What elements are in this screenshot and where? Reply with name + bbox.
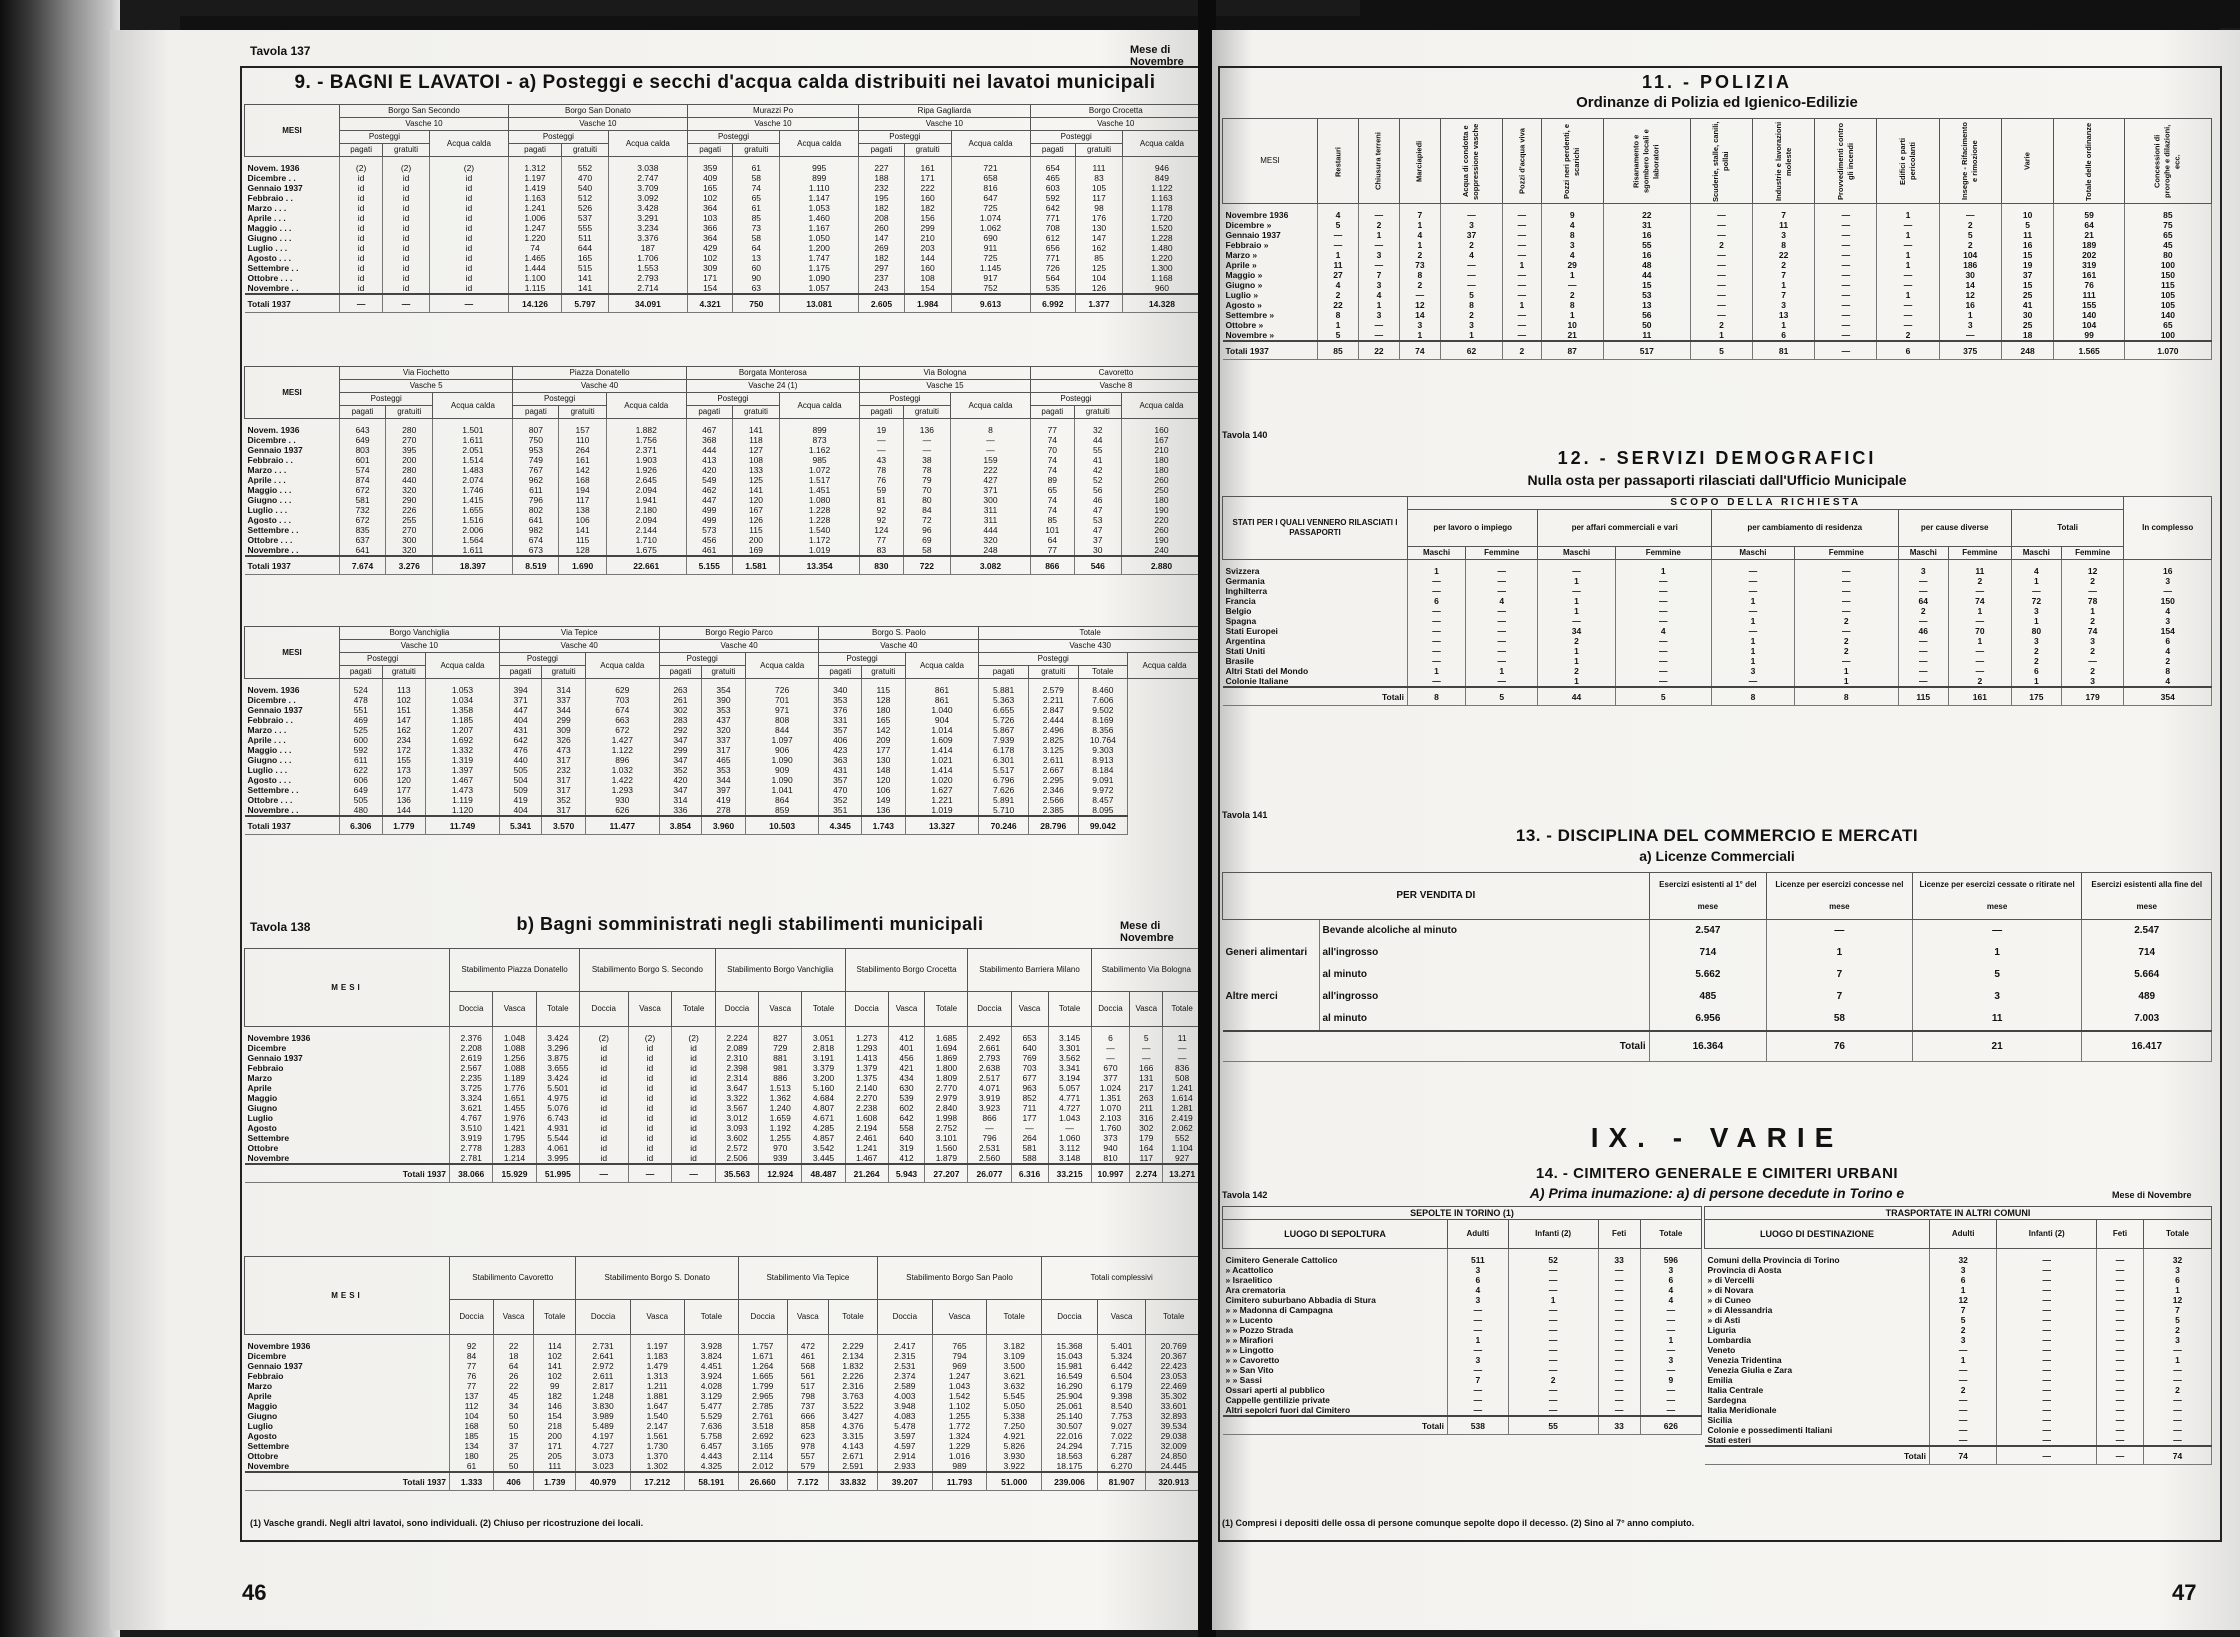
value-cell: — <box>1503 310 1542 320</box>
acqua-cell: 220 <box>1121 515 1201 525</box>
value-cell: — <box>2143 1375 2211 1385</box>
value-cell: — <box>1448 1405 1509 1416</box>
month-label: Novembre » <box>1223 330 1318 341</box>
doccia-cell: 3.518 <box>738 1421 787 1431</box>
posteggi-header: Posteggi <box>513 393 606 406</box>
table-row: Settembre . .ididid1.4445151.553309601.1… <box>245 263 1202 273</box>
table-row: Venezia Tridentina1——1 <box>1705 1355 2212 1365</box>
vasca-cell: 472 <box>787 1335 829 1352</box>
table-row: Cimitero Generale Cattolico5115233596 <box>1223 1249 1702 1266</box>
total-cell: 5 <box>1690 341 1752 360</box>
doccia-cell: 104 <box>450 1411 494 1421</box>
pagati-cell: 359 <box>687 157 733 174</box>
gratuiti-cell: 128 <box>862 695 906 705</box>
value-cell: 1 <box>1877 204 1939 221</box>
totale-cell: 1.685 <box>925 1027 968 1044</box>
value-cell: 48 <box>1603 260 1690 270</box>
value-cell: 6 <box>1448 1275 1509 1285</box>
station-name: Borgo San Secondo <box>340 105 509 118</box>
pagati-cell: 336 <box>659 805 702 816</box>
station-name: Via Fiochetto <box>340 367 513 380</box>
total-cell: 13.271 <box>1163 1164 1202 1183</box>
acqua-cell: 1.040 <box>905 705 979 715</box>
gratuiti-cell: 115 <box>559 535 606 545</box>
month-label: Febbraio <box>245 1371 450 1381</box>
acqua-cell: 1.300 <box>1122 263 1201 273</box>
gratuiti-cell: 157 <box>559 419 606 436</box>
acqua-cell: 672 <box>585 725 659 735</box>
table-13-title: 13. - DISCIPLINA DEL COMMERCIO E MERCATI <box>1222 826 2212 846</box>
pagati-cell: 654 <box>1030 157 1076 174</box>
pagati-cell: 643 <box>340 419 386 436</box>
acqua-cell: 1.627 <box>905 785 979 795</box>
pagati-cell: 767 <box>513 465 559 475</box>
value-cell: 1 <box>1939 310 2001 320</box>
acqua-cell: 300 <box>951 495 1031 505</box>
acqua-header: Acqua calda <box>780 131 859 157</box>
luogo-label: Cappelle gentilizie private <box>1223 1395 1448 1405</box>
acqua-cell: 1.072 <box>780 465 860 475</box>
table-row: » di Alessandria7——7 <box>1705 1305 2212 1315</box>
scopo-group-header: per cause diverse <box>1898 510 2011 547</box>
acqua-header: Acqua calda <box>608 131 687 157</box>
pagati-header: pagati <box>819 666 862 679</box>
gratuiti-cell: 44 <box>1074 435 1121 445</box>
gratuiti-cell: id <box>383 233 430 243</box>
acqua-cell: 808 <box>745 715 819 725</box>
pagati-cell: 732 <box>340 505 386 515</box>
column-header: Esercizi esistenti alla fine del mese <box>2082 873 2212 920</box>
value-cell: — <box>1508 1305 1598 1315</box>
table-row: Febbraio »——12—35528——21618945 <box>1223 240 2212 250</box>
vasche-count: Vasche 40 <box>819 640 979 653</box>
gratuiti-cell: 85 <box>733 213 780 223</box>
value-cell: — <box>1358 320 1399 330</box>
month-label: Novembre . . <box>245 805 340 816</box>
pagati-cell: 612 <box>1030 233 1076 243</box>
value-cell: 22 <box>1753 250 1815 260</box>
table-row: Novembre 193692221142.7311.1973.9281.757… <box>245 1335 1202 1352</box>
doccia-cell: (2) <box>580 1027 629 1044</box>
vasca-cell: 653 <box>1011 1027 1048 1044</box>
value-cell: 1 <box>1466 666 1538 676</box>
luogo-label: Veneto <box>1705 1345 1930 1355</box>
table-row: Marzo2.2351.1893.424ididid2.3148863.2001… <box>245 1073 1202 1083</box>
gratuiti-cell: 74 <box>733 183 780 193</box>
luogo-label: Cimitero suburbano Abbadia di Stura <box>1223 1295 1448 1305</box>
luogo-label: Stati esteri <box>1705 1435 1930 1446</box>
gratuiti-cell: 156 <box>904 213 951 223</box>
totale-cell: 4.921 <box>987 1431 1042 1441</box>
pagati-cell: 81 <box>860 495 904 505</box>
column-header: Infanti (2) <box>1997 1220 2097 1249</box>
total-cell: — <box>672 1164 715 1183</box>
value-cell: — <box>1508 1395 1598 1405</box>
total-row: Totali16.364762116.417 <box>1223 1031 2212 1062</box>
gratuiti-header: gratuiti <box>862 666 906 679</box>
value-cell: 65 <box>2124 320 2211 330</box>
doccia-cell: id <box>580 1093 629 1103</box>
value-cell: 2 <box>2143 1385 2211 1395</box>
table-row: Maggio »2778——144—7——3037161150 <box>1223 270 2212 280</box>
pagati-cell: id <box>340 183 383 193</box>
value-cell: — <box>1466 646 1538 656</box>
gratuiti-cell: 120 <box>862 775 906 785</box>
vasca-cell: 18 <box>494 1351 534 1361</box>
month-label: Gennaio 1937 <box>245 445 340 455</box>
value-cell: — <box>1503 230 1542 240</box>
acqua-cell: — <box>951 445 1031 455</box>
table-9b-title: b) Bagni somministrati negli stabiliment… <box>410 914 1090 935</box>
totale-cell: 102 <box>534 1371 576 1381</box>
posteggi-header: Posteggi <box>1030 393 1121 406</box>
gratuiti-cell: 149 <box>862 795 906 805</box>
acqua-cell: (2) <box>429 157 508 174</box>
table-row: Novembre 19362.3761.0483.424(2)(2)(2)2.2… <box>245 1027 1202 1044</box>
table-row: Cimitero suburbano Abbadia di Stura31—4 <box>1223 1295 1702 1305</box>
totale-cell: 3.194 <box>1048 1073 1091 1083</box>
value-cell: 64 <box>1898 596 1948 606</box>
value-cell: — <box>1318 240 1359 250</box>
gratuiti-cell: 108 <box>904 273 951 283</box>
value-cell: 5 <box>1318 330 1359 341</box>
doccia-cell: 18.175 <box>1042 1461 1098 1472</box>
doccia-cell: 1.248 <box>576 1391 630 1401</box>
vasca-cell: id <box>628 1083 672 1093</box>
gratuiti-cell: 111 <box>1076 157 1123 174</box>
vasche-count: Vasche 10 <box>1030 118 1201 131</box>
value-cell: — <box>2097 1365 2144 1375</box>
total-cell: 11.477 <box>585 816 659 835</box>
acqua-header: Acqua calda <box>951 131 1030 157</box>
totale-cell: 154 <box>534 1411 576 1421</box>
gratuiti-cell: 234 <box>382 735 426 745</box>
totale-cell: 3.500 <box>987 1361 1042 1371</box>
table-row: Inghilterra——————————— <box>1223 586 2212 596</box>
totale-cell: 3.296 <box>536 1043 579 1053</box>
month-label: Aprile . . . <box>245 213 340 223</box>
value-cell: 3 <box>1939 320 2001 330</box>
month-label: Dicembre . . <box>245 435 340 445</box>
value-cell: — <box>1598 1335 1640 1345</box>
gratuiti-cell: 105 <box>1076 183 1123 193</box>
total-cell: 239.006 <box>1042 1472 1098 1491</box>
gratuiti-cell: 180 <box>862 705 906 715</box>
value-cell: 3 <box>1930 1335 1997 1345</box>
table-row: Dicembre84181022.6411.1833.8241.6714612.… <box>245 1351 1202 1361</box>
pagati-cell: 65 <box>1030 485 1074 495</box>
pagati-cell: 611 <box>340 755 383 765</box>
value-cell: 1 <box>1541 270 1603 280</box>
acqua-cell: 1.397 <box>426 765 500 775</box>
value-cell: — <box>1690 230 1752 240</box>
vasca-cell: 9.398 <box>1097 1391 1146 1401</box>
totale-cell: 5.076 <box>536 1103 579 1113</box>
vasca-cell: 1.542 <box>932 1391 986 1401</box>
vasca-cell: — <box>1011 1123 1048 1133</box>
table-row: » » Madonna di Campagna———— <box>1223 1305 1702 1315</box>
month-label-14: Mese di Novembre <box>2112 1190 2192 1200</box>
value-cell: — <box>1640 1305 1701 1315</box>
doccia-cell: 22.016 <box>1042 1431 1098 1441</box>
month-label: Gennaio 1937 <box>245 1361 450 1371</box>
gratuiti-cell: 128 <box>559 545 606 556</box>
table-row: Febbraio . .ididid1.1635123.092102651.14… <box>245 193 1202 203</box>
vasca-cell: id <box>628 1153 672 1164</box>
value-cell: — <box>1466 656 1538 666</box>
doccia-cell: 2.567 <box>450 1063 493 1073</box>
gratuiti-cell: 141 <box>562 273 609 283</box>
station-name: Totale <box>979 627 1202 640</box>
value-cell: — <box>1997 1305 2097 1315</box>
femmine-header: Femmine <box>1794 547 1898 560</box>
pagati-cell: 357 <box>819 725 862 735</box>
table-row: » Acattolico3——3 <box>1223 1265 1702 1275</box>
value-cell: — <box>1448 1305 1509 1315</box>
acqua-cell: 1.467 <box>426 775 500 785</box>
stabilimento-name: Stabilimento Borgo Vanchiglia <box>715 949 845 992</box>
value-cell: — <box>1997 1335 2097 1345</box>
doccia-cell: id <box>580 1123 629 1133</box>
value-cell: 2 <box>1877 330 1939 341</box>
stati-header: STATI PER I QUALI VENNERO RILASCIATI I P… <box>1223 497 1408 560</box>
month-label: Aprile . . . <box>245 735 340 745</box>
vasca-header: Vasca <box>628 992 672 1027</box>
value-cell: 50 <box>1603 320 1690 330</box>
value-cell: — <box>1690 310 1752 320</box>
doccia-cell: 3.510 <box>450 1123 493 1133</box>
value-cell: — <box>1408 606 1466 616</box>
value-cell: 78 <box>2061 596 2124 606</box>
gratuiti-cell: 60 <box>733 263 780 273</box>
acqua-cell: 1.611 <box>433 435 513 445</box>
pagati-cell: 419 <box>499 795 542 805</box>
value-cell: 8 <box>1440 300 1502 310</box>
gratuiti-cell: 280 <box>386 465 433 475</box>
stato-label: Altri Stati del Mondo <box>1223 666 1408 676</box>
value-cell: 25 <box>2001 320 2054 330</box>
stato-label: Inghilterra <box>1223 586 1408 596</box>
vendita-label: al minuto <box>1319 964 1649 986</box>
value-cell: 3 <box>1448 1355 1509 1365</box>
luogo-label: » Acattolico <box>1223 1265 1448 1275</box>
value-cell: 1 <box>1318 320 1359 330</box>
total-cell: — <box>340 294 383 313</box>
stabilimento-name: Stabilimento Piazza Donatello <box>450 949 580 992</box>
pagati-cell: 592 <box>1030 193 1076 203</box>
gratuiti-cell: 90 <box>733 273 780 283</box>
value-cell: 1 <box>1753 320 1815 330</box>
acqua-cell: 1.163 <box>1122 193 1201 203</box>
doccia-cell: 1.264 <box>738 1361 787 1371</box>
value-cell: 7.003 <box>2082 1008 2212 1031</box>
value-cell: — <box>1508 1275 1598 1285</box>
gratuiti-cell: 32 <box>1074 419 1121 436</box>
value-cell: 115 <box>2124 280 2211 290</box>
value-cell: — <box>1598 1365 1640 1375</box>
pagati-header: pagati <box>513 406 559 419</box>
value-cell: 11 <box>1753 220 1815 230</box>
luogo-label: Venezia Tridentina <box>1705 1355 1930 1365</box>
station-name: Murazzi Po <box>687 105 858 118</box>
table-row: Argentina——2—12—1336 <box>1223 636 2212 646</box>
gratuiti-header: gratuiti <box>386 406 433 419</box>
value-cell: 1 <box>2061 606 2124 616</box>
value-cell: 1 <box>1538 596 1615 606</box>
doccia-cell: 3.073 <box>576 1451 630 1461</box>
value-cell: — <box>1408 656 1466 666</box>
value-cell: 76 <box>2054 280 2124 290</box>
table-11-grid: MESIRestauriChiusura terreniMarciapiediA… <box>1222 118 2212 360</box>
value-cell: 202 <box>2054 250 2124 260</box>
value-cell: — <box>1997 1415 2097 1425</box>
totale-cell: 3.145 <box>1048 1027 1091 1044</box>
month-label: Luglio . . . <box>245 243 340 253</box>
table-row: Dicembre2.2081.0883.296ididid2.0897292.8… <box>245 1043 1202 1053</box>
month-label: Dicembre » <box>1223 220 1318 230</box>
month-label: Gennaio 1937 <box>245 1053 450 1063</box>
month-label: Giugno . . . <box>245 495 340 505</box>
value-cell: 3 <box>1358 280 1399 290</box>
table-row: Novembre . .ididid1.1151412.714154631.05… <box>245 283 1202 294</box>
vasca-cell: 7.715 <box>1097 1441 1146 1451</box>
gratuiti-cell: 300 <box>386 535 433 545</box>
table-13-grid: PER VENDITA DIEsercizi esistenti al 1° d… <box>1222 872 2212 1062</box>
pagati-cell: 467 <box>686 419 732 436</box>
value-cell: 6.956 <box>1649 1008 1766 1031</box>
value-cell: 9 <box>1541 204 1603 221</box>
vasca-cell: 623 <box>787 1431 829 1441</box>
pagati-cell: 74 <box>1030 455 1074 465</box>
complesso-header: In complesso <box>2124 497 2212 560</box>
station-name: Via Bologna <box>860 367 1031 380</box>
value-cell: 1 <box>1358 230 1399 240</box>
totale-cell: 4.807 <box>802 1103 845 1113</box>
value-cell: 1 <box>1615 560 1711 577</box>
vasca-cell: 711 <box>1011 1103 1048 1113</box>
total-cell: 6 <box>1877 341 1939 360</box>
total-cell: 406 <box>494 1472 534 1491</box>
total-row: Totali 19377.6743.27618.3978.5191.69022.… <box>245 556 1202 575</box>
doccia-cell: 15.043 <box>1042 1351 1098 1361</box>
pagati-cell: 592 <box>340 745 383 755</box>
value-cell: 3 <box>1898 560 1948 577</box>
total-cell: 354 <box>2124 687 2212 706</box>
vasca-cell: 316 <box>1130 1113 1163 1123</box>
acqua-cell: 427 <box>951 475 1031 485</box>
acqua-cell: 1.903 <box>606 455 686 465</box>
gratuiti-cell: 437 <box>702 715 746 725</box>
pagati-cell: 74 <box>1030 495 1074 505</box>
value-cell: — <box>1615 636 1711 646</box>
gratuiti-cell: 511 <box>562 233 609 243</box>
luogo-label: Venezia Giulia e Zara <box>1705 1365 1930 1375</box>
total-cell: 22 <box>1358 341 1399 360</box>
table-13-subtitle: a) Licenze Commerciali <box>1222 848 2212 864</box>
month-label: Gennaio 1937 <box>1223 230 1318 240</box>
value-cell: — <box>1997 1345 2097 1355</box>
value-cell: 7 <box>1399 204 1440 221</box>
value-cell: — <box>1466 606 1538 616</box>
total-cell: 5.943 <box>888 1164 925 1183</box>
vasche-count: Vasche 10 <box>340 118 509 131</box>
value-cell: — <box>1448 1345 1509 1355</box>
acqua-cell: 2.714 <box>608 283 687 294</box>
stato-label: Germania <box>1223 576 1408 586</box>
value-cell: 3 <box>1541 240 1603 250</box>
totale-cell: 3.341 <box>1048 1063 1091 1073</box>
total-cell: 5 <box>1615 687 1711 706</box>
value-cell: 1 <box>1440 330 1502 341</box>
totale-cell: 3.200 <box>802 1073 845 1083</box>
value-cell: 1 <box>1753 280 1815 290</box>
value-cell: 1 <box>1640 1335 1701 1345</box>
table-row: Marzo . . .ididid1.2415263.428364611.053… <box>245 203 1202 213</box>
acqua-cell: 899 <box>780 173 859 183</box>
gratuiti-cell: 142 <box>559 465 606 475</box>
total-row: Totali 1937———14.1265.79734.0914.3217501… <box>245 294 1202 313</box>
doccia-cell: 5.478 <box>877 1421 932 1431</box>
month-label: Maggio . . . <box>245 223 340 233</box>
pagati-cell: 5.517 <box>979 765 1029 775</box>
totale-cell: 2.752 <box>925 1123 968 1133</box>
value-cell: 52 <box>1508 1249 1598 1266</box>
value-cell: 21 <box>1541 330 1603 341</box>
gratuiti-cell: 540 <box>562 183 609 193</box>
acqua-cell: 752 <box>951 283 1030 294</box>
table-row: Venezia Giulia e Zara———— <box>1705 1365 2212 1375</box>
totale-cell: 2.840 <box>925 1103 968 1113</box>
value-cell: 5 <box>2143 1315 2211 1325</box>
table-row: Dicembre . .4781021.03437133770326139070… <box>245 695 1202 705</box>
posteggi-header: Posteggi <box>860 393 951 406</box>
acqua-cell: 1.414 <box>905 745 979 755</box>
totale-cell: 4.451 <box>684 1361 738 1371</box>
station-name: Cavoretto <box>1030 367 1201 380</box>
pagati-cell: id <box>340 253 383 263</box>
total-cell: 26.077 <box>968 1164 1011 1183</box>
totale-cell: 5.529 <box>684 1411 738 1421</box>
column-header: Scuderie, stalle, canili, pollai <box>1690 119 1752 204</box>
acqua-cell: 1.516 <box>433 515 513 525</box>
value-cell: 140 <box>2054 310 2124 320</box>
value-cell: — <box>1815 240 1877 250</box>
total-cell: 830 <box>860 556 904 575</box>
pagati-cell: 302 <box>659 705 702 715</box>
value-cell: 5.664 <box>2082 964 2212 986</box>
total-cell: 12.924 <box>759 1164 802 1183</box>
luogo-label: » » Lucento <box>1223 1315 1448 1325</box>
vasca-header: Vasca <box>494 1300 534 1335</box>
pagati-cell: 1.163 <box>508 193 561 203</box>
month-label: Novembre 1936 <box>245 1335 450 1352</box>
pagati-cell: 74 <box>508 243 561 253</box>
vasche-count: Vasche 10 <box>687 118 858 131</box>
table-row: Novembre 19364—7——922—7—1—105985 <box>1223 204 2212 221</box>
vasca-cell: id <box>628 1143 672 1153</box>
totale-cell: 8.457 <box>1078 795 1128 805</box>
value-cell: — <box>1466 636 1538 646</box>
gratuiti-cell: 127 <box>732 445 779 455</box>
value-cell: 1 <box>1794 676 1898 687</box>
pagati-cell: 656 <box>1030 243 1076 253</box>
table-row: Italia Centrale2——2 <box>1705 1385 2212 1395</box>
totale-cell: 8.169 <box>1078 715 1128 725</box>
pagati-cell: 5.891 <box>979 795 1029 805</box>
table-row: Ottobre180252053.0731.3704.4432.1145572.… <box>245 1451 1202 1461</box>
gratuiti-cell: 644 <box>562 243 609 253</box>
pagati-cell: 771 <box>1030 213 1076 223</box>
